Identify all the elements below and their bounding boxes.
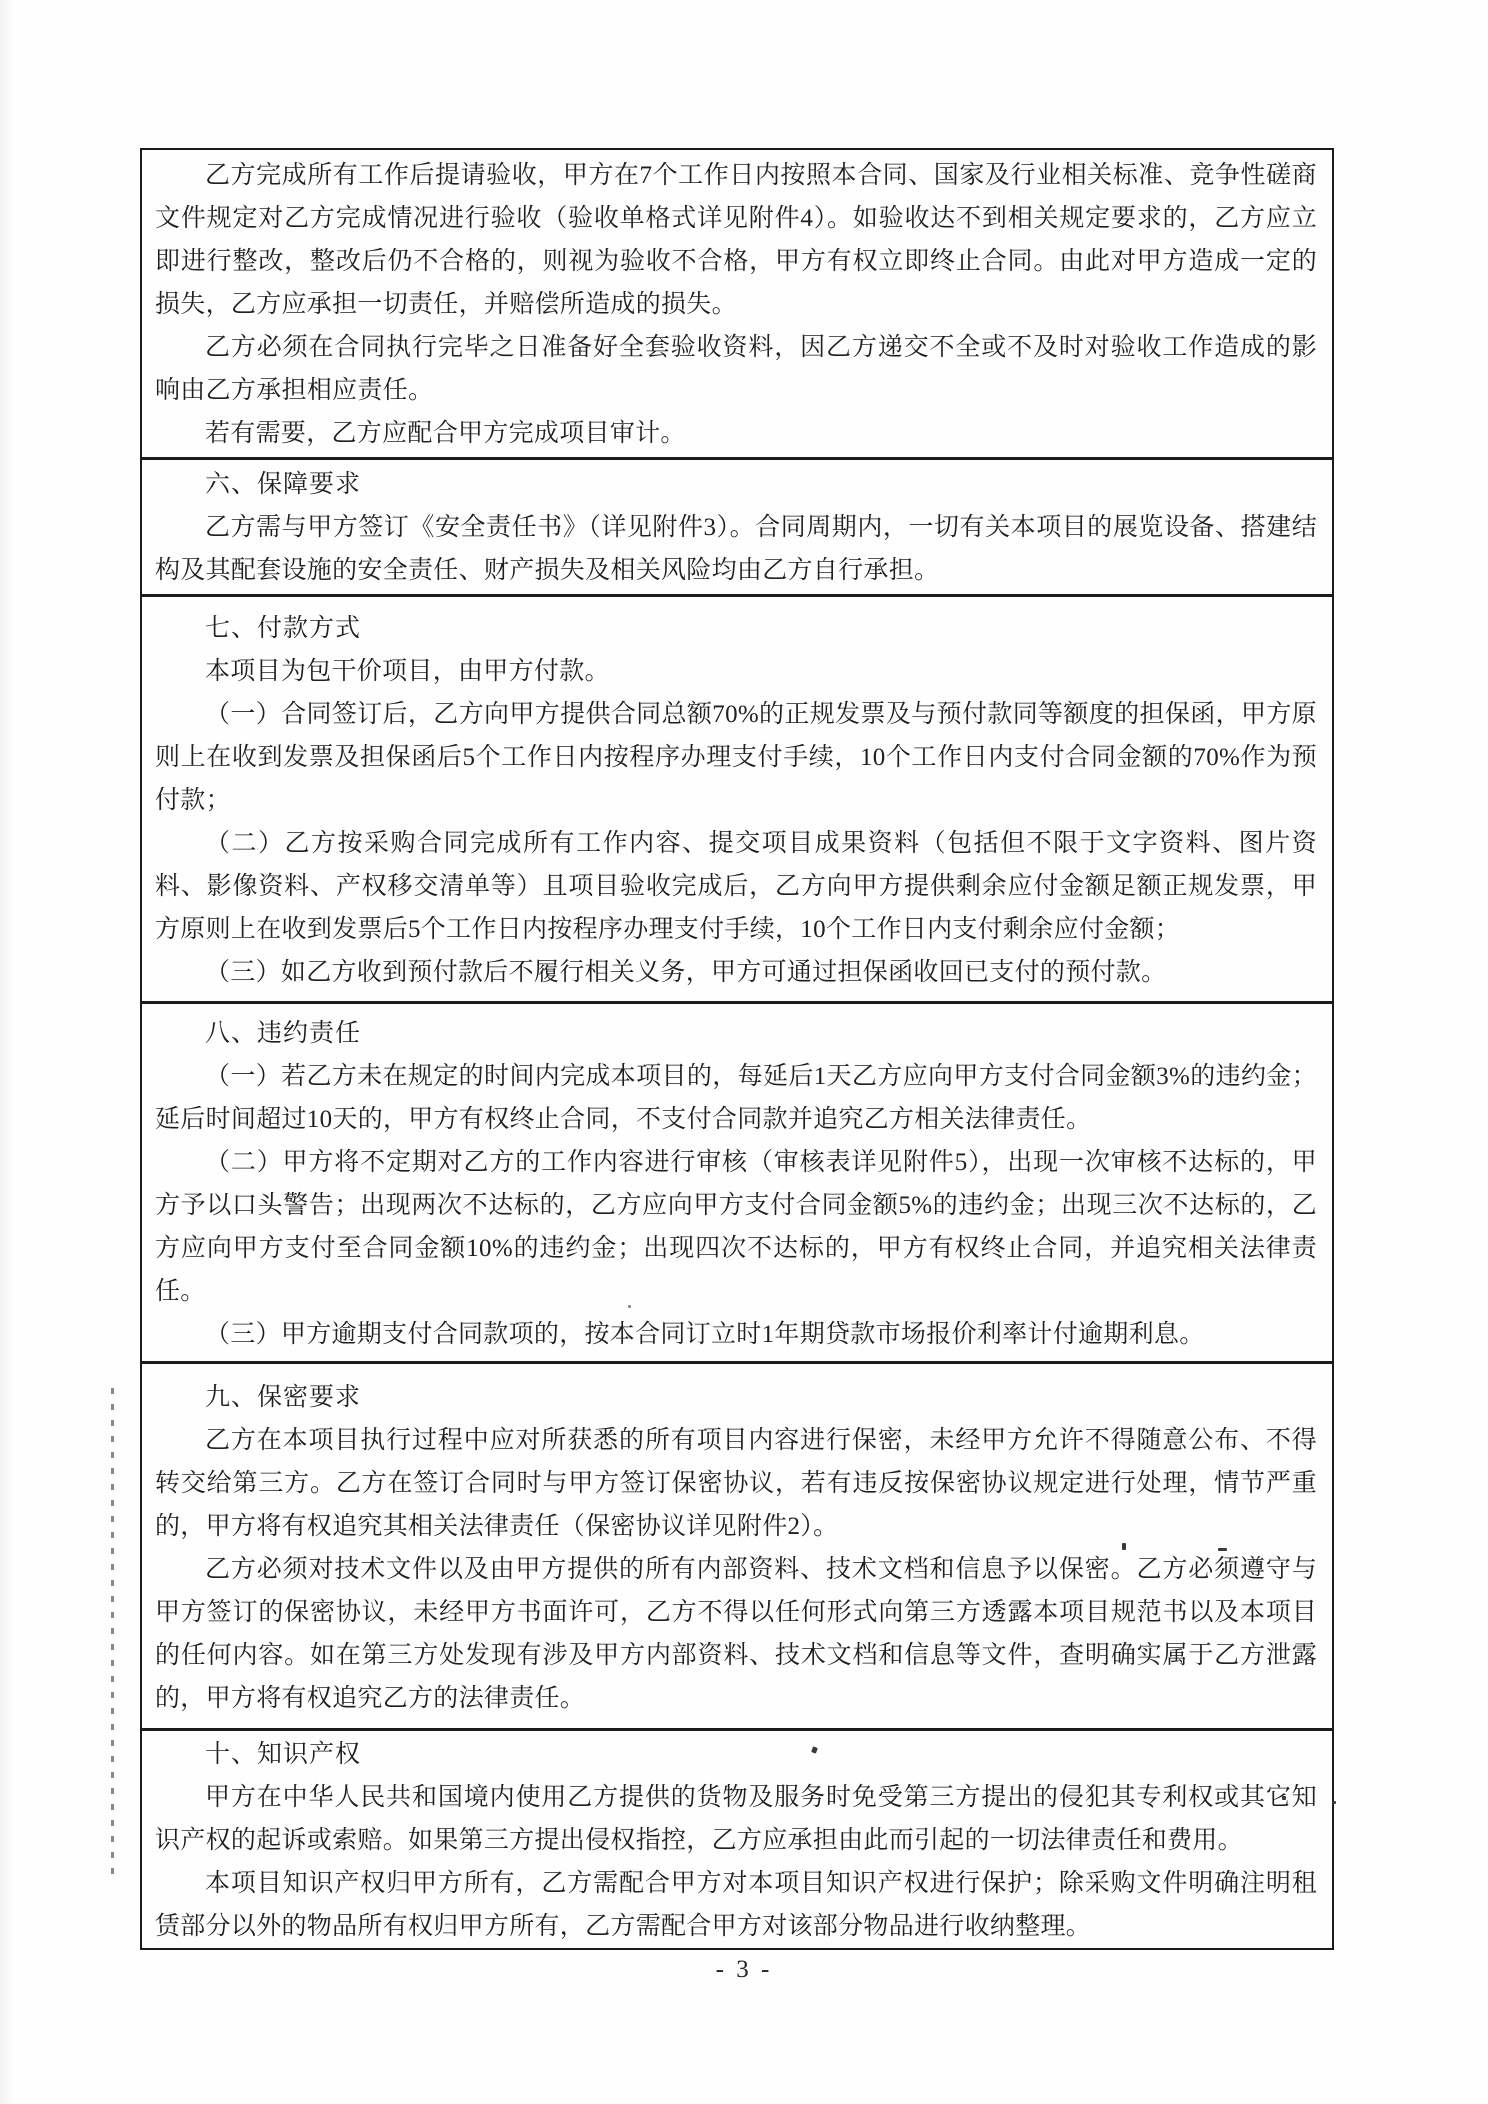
- scan-speck: [1332, 1801, 1336, 1804]
- page-number: - 3 -: [0, 1956, 1488, 1984]
- contract-paragraph: （三）如乙方收到预付款后不履行相关义务，甲方可通过担保函收回已支付的预付款。: [155, 951, 1317, 994]
- scan-speck: [1218, 1548, 1227, 1551]
- section-confidentiality: 九、保密要求 乙方在本项目执行过程中应对所获悉的所有项目内容进行保密，未经甲方允…: [142, 1364, 1332, 1731]
- contract-paragraph: （二）乙方按采购合同完成所有工作内容、提交项目成果资料（包括但不限于文字资料、图…: [155, 822, 1317, 951]
- contract-paragraph: （二）甲方将不定期对乙方的工作内容进行审核（审核表详见附件5），出现一次审核不达…: [155, 1141, 1317, 1313]
- binding-mark-dashes: [111, 1388, 114, 1880]
- contract-paragraph: 本项目知识产权归甲方所有，乙方需配合甲方对本项目知识产权进行保护；除采购文件明确…: [155, 1862, 1317, 1947]
- contract-paragraph: 乙方需与甲方签订《安全责任书》（详见附件3）。合同周期内，一切有关本项目的展览设…: [155, 506, 1317, 592]
- contract-paragraph: （三）甲方逾期支付合同款项的，按本合同订立时1年期贷款市场报价利率计付逾期利息。: [155, 1313, 1317, 1356]
- section-intellectual-property: 十、知识产权 甲方在中华人民共和国境内使用乙方提供的货物及服务时免受第三方提出的…: [142, 1731, 1332, 1947]
- section-heading: 七、付款方式: [155, 607, 1317, 650]
- contract-paragraph: 乙方完成所有工作后提请验收，甲方在7个工作日内按照本合同、国家及行业相关标准、竞…: [155, 154, 1317, 326]
- scan-speck: [1122, 1543, 1126, 1550]
- contract-paragraph: （一）若乙方未在规定的时间内完成本项目的，每延后1天乙方应向甲方支付合同金额3%…: [155, 1055, 1317, 1141]
- section-breach-liability: 八、违约责任 （一）若乙方未在规定的时间内完成本项目的，每延后1天乙方应向甲方支…: [142, 1004, 1332, 1364]
- section-payment-terms: 七、付款方式 本项目为包干价项目，由甲方付款。 （一）合同签订后，乙方向甲方提供…: [142, 597, 1332, 1004]
- contract-terms-table: 乙方完成所有工作后提请验收，甲方在7个工作日内按照本合同、国家及行业相关标准、竞…: [140, 148, 1334, 1950]
- scanned-contract-page: 乙方完成所有工作后提请验收，甲方在7个工作日内按照本合同、国家及行业相关标准、竞…: [0, 0, 1488, 2104]
- contract-paragraph: 乙方必须在合同执行完毕之日准备好全套验收资料，因乙方递交不全或不及时对验收工作造…: [155, 326, 1317, 412]
- section-heading: 十、知识产权: [155, 1733, 1317, 1776]
- section-heading: 九、保密要求: [155, 1376, 1317, 1419]
- contract-paragraph: 乙方必须对技术文件以及由甲方提供的所有内部资料、技术文档和信息予以保密。乙方必须…: [155, 1548, 1317, 1720]
- contract-paragraph: 甲方在中华人民共和国境内使用乙方提供的货物及服务时免受第三方提出的侵犯其专利权或…: [155, 1776, 1317, 1862]
- section-guarantee-requirements: 六、保障要求 乙方需与甲方签订《安全责任书》（详见附件3）。合同周期内，一切有关…: [142, 460, 1332, 597]
- section-heading: 八、违约责任: [155, 1012, 1317, 1055]
- scan-speck: [1282, 1796, 1286, 1800]
- contract-paragraph: 若有需要，乙方应配合甲方完成项目审计。: [155, 412, 1317, 455]
- section-acceptance-continuation: 乙方完成所有工作后提请验收，甲方在7个工作日内按照本合同、国家及行业相关标准、竞…: [142, 150, 1332, 460]
- section-heading: 六、保障要求: [155, 463, 1317, 506]
- contract-paragraph: 乙方在本项目执行过程中应对所获悉的所有项目内容进行保密，未经甲方允许不得随意公布…: [155, 1419, 1317, 1548]
- contract-paragraph: 本项目为包干价项目，由甲方付款。: [155, 650, 1317, 693]
- scan-speck: [628, 1305, 631, 1308]
- scan-edge-shading: [0, 0, 14, 2104]
- contract-paragraph: （一）合同签订后，乙方向甲方提供合同总额70%的正规发票及与预付款同等额度的担保…: [155, 693, 1317, 822]
